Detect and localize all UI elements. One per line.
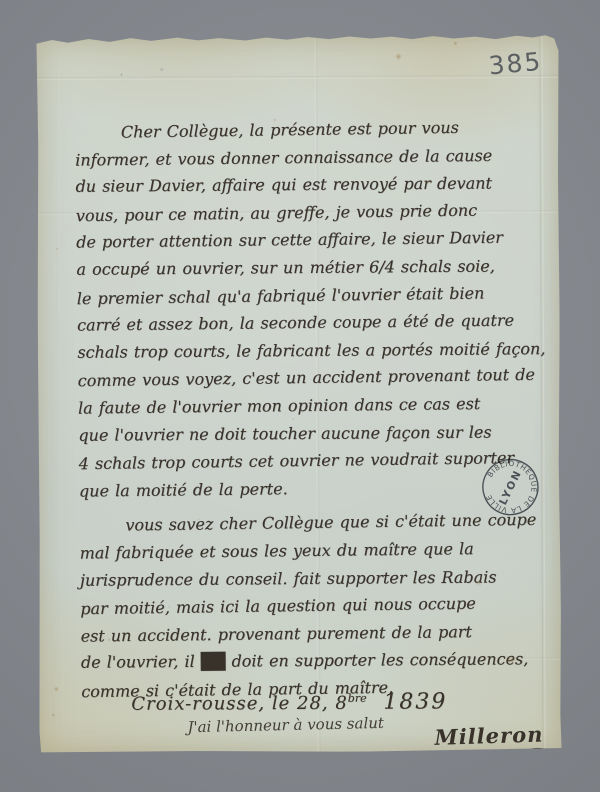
closing-salutation: J'ai l'honneur à vous salut bbox=[187, 714, 384, 736]
archive-page-number: 385 bbox=[487, 47, 543, 81]
fold-crease-horizontal-top bbox=[37, 75, 559, 80]
manuscript-paragraph-1: Cher Collègue, la présente est pour vous… bbox=[75, 113, 545, 505]
signature: Milleron bbox=[434, 722, 544, 750]
dateline-place-day: Croix-rousse, le 28, bbox=[131, 693, 328, 715]
dateline-year: 1839 bbox=[383, 689, 447, 714]
dateline: Croix-rousse, le 28, 8bre 1839 bbox=[131, 689, 447, 715]
manuscript-line: mal fabriquée et sous les yeux du maître… bbox=[80, 534, 546, 567]
manuscript-paragraph-2: vous savez cher Collègue que si c'était … bbox=[79, 507, 547, 705]
stamp-center-text: LYON bbox=[497, 468, 524, 507]
letter-paper: 385 Cher Collègue, la présente est pour … bbox=[36, 35, 561, 753]
manuscript-line: le premier schal qu'a fabriqué l'ouvrier… bbox=[77, 278, 543, 312]
manuscript-text: Cher Collègue, la présente est pour vous… bbox=[75, 113, 548, 705]
photo-background: 385 Cher Collègue, la présente est pour … bbox=[0, 0, 600, 792]
dateline-month: 8 bbox=[335, 693, 348, 714]
manuscript-line: la faute de l'ouvrier mon opinion dans c… bbox=[78, 389, 544, 422]
dateline-month-suffix: bre bbox=[348, 692, 367, 705]
manuscript-line: a occupé un ouvrier, sur un métier 6/4 s… bbox=[76, 252, 542, 283]
